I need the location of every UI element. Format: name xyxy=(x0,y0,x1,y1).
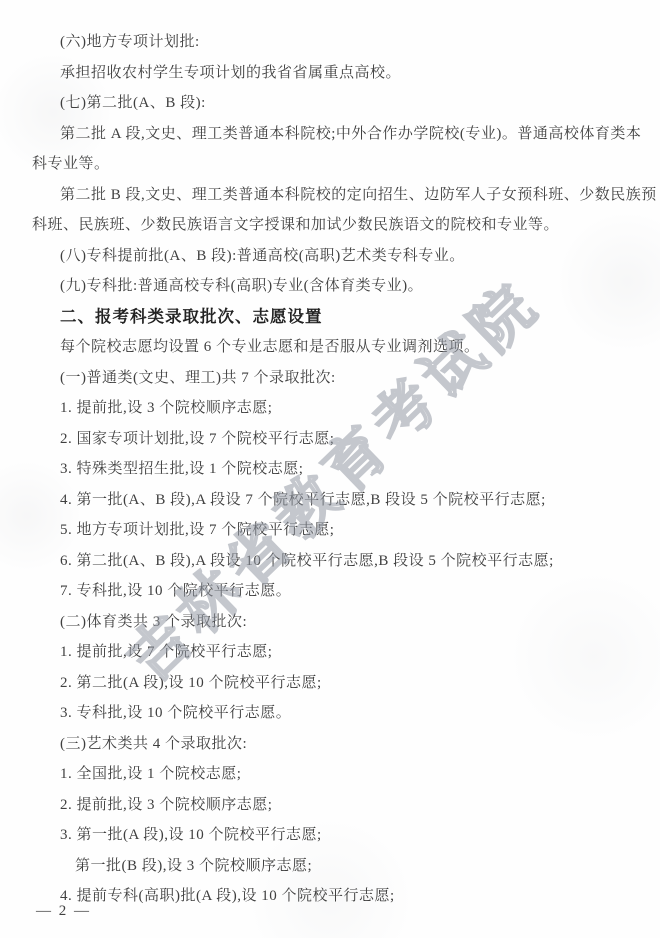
doc-line-item-8-zhuanke-advance: (八)专科提前批(A、B 段):普通高校(高职)艺术类专科专业。 xyxy=(32,241,640,272)
doc-line-general-category-header: (一)普通类(文史、理工)共 7 个录取批次: xyxy=(32,363,640,394)
doc-line-item-9-zhuanke-batch: (九)专科批:普通高校专科(高职)专业(含体育类专业)。 xyxy=(32,271,640,302)
doc-line-sports-item-2: 2. 第二批(A 段),设 10 个院校平行志愿; xyxy=(32,668,640,699)
doc-line-arts-item-3b: 第一批(B 段),设 3 个院校顺序志愿; xyxy=(32,851,640,882)
doc-line-sports-category-header: (二)体育类共 3 个录取批次: xyxy=(32,607,640,638)
document-page: 吉林省教育考试院 (六)地方专项计划批: 承担招收农村学生专项计划的我省省属重点… xyxy=(0,0,660,938)
document-body: (六)地方专项计划批: 承担招收农村学生专项计划的我省省属重点高校。 (七)第二… xyxy=(0,0,660,912)
doc-line-arts-item-4: 4. 提前专科(高职)批(A 段),设 10 个院校平行志愿; xyxy=(32,881,640,912)
doc-line-sports-item-1: 1. 提前批,设 7 个院校平行志愿; xyxy=(32,637,640,668)
doc-line-local-plan-desc: 承担招收农村学生专项计划的我省省属重点高校。 xyxy=(32,58,640,89)
doc-line-sports-item-3: 3. 专科批,设 10 个院校平行志愿。 xyxy=(32,698,640,729)
page-number: — 2 — xyxy=(36,903,91,920)
doc-line-second-batch-a-desc: 第二批 A 段,文史、理工类普通本科院校;中外合作办学院校(专业)。普通高校体育… xyxy=(32,119,640,150)
doc-line-general-item-1: 1. 提前批,设 3 个院校顺序志愿; xyxy=(32,393,640,424)
doc-line-general-item-7: 7. 专科批,设 10 个院校平行志愿。 xyxy=(32,576,640,607)
doc-line-item-7-second-batch: (七)第二批(A、B 段): xyxy=(32,88,640,119)
doc-line-arts-item-2: 2. 提前批,设 3 个院校顺序志愿; xyxy=(32,790,640,821)
doc-line-second-batch-b-desc: 第二批 B 段,文史、理工类普通本科院校的定向招生、边防军人子女预科班、少数民族… xyxy=(32,180,640,211)
doc-line-general-item-2: 2. 国家专项计划批,设 7 个院校平行志愿; xyxy=(32,424,640,455)
doc-line-second-batch-a-desc-2: 科专业等。 xyxy=(32,149,640,180)
doc-line-arts-category-header: (三)艺术类共 4 个录取批次: xyxy=(32,729,640,760)
doc-line-volunteer-intro: 每个院校志愿均设置 6 个专业志愿和是否服从专业调剂选项。 xyxy=(32,332,640,363)
doc-line-second-batch-b-desc-2: 科班、民族班、少数民族语言文字授课和加试少数民族语文的院校和专业等。 xyxy=(32,210,640,241)
doc-line-item-6-local-plan-batch: (六)地方专项计划批: xyxy=(32,27,640,58)
doc-line-general-item-4: 4. 第一批(A、B 段),A 段设 7 个院校平行志愿,B 段设 5 个院校平… xyxy=(32,485,640,516)
doc-line-arts-item-3a: 3. 第一批(A 段),设 10 个院校平行志愿; xyxy=(32,820,640,851)
doc-line-general-item-5: 5. 地方专项计划批,设 7 个院校平行志愿; xyxy=(32,515,640,546)
doc-line-arts-item-1: 1. 全国批,设 1 个院校志愿; xyxy=(32,759,640,790)
doc-line-general-item-6: 6. 第二批(A、B 段),A 段设 10 个院校平行志愿,B 段设 5 个院校… xyxy=(32,546,640,577)
doc-line-general-item-3: 3. 特殊类型招生批,设 1 个院校志愿; xyxy=(32,454,640,485)
section-heading-2: 二、报考科类录取批次、志愿设置 xyxy=(32,302,640,333)
